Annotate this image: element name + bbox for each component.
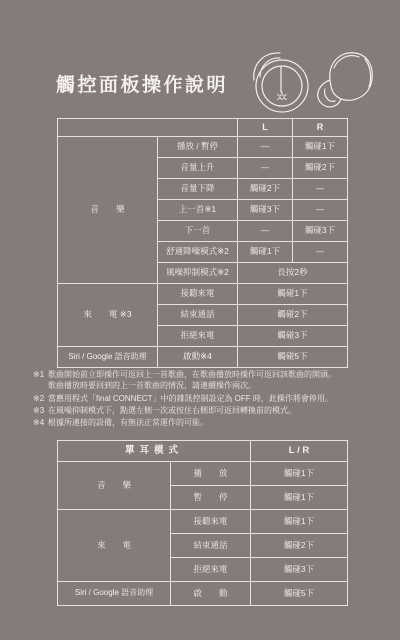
footnote-4: ※4 根據所連接的設備，有無法正常運作的可能。 [33,417,377,428]
category-music: 音 樂 [58,137,158,284]
category-call: 來 電 [58,510,171,582]
footnote-marker: ※3 [33,405,48,416]
value-l: — [238,221,293,242]
action-label: 音量上升 [158,158,238,179]
value-lr: 觸碰5下 [251,582,348,606]
value-lr: 觸碰3下 [251,558,348,582]
footnote-1: ※1 歌曲開始前立即操作可返回上一首歌曲，在歌曲播放時操作可返回該歌曲的開頭。 … [33,369,377,392]
value-lr: 觸碰1下 [251,486,348,510]
value-r: 觸碰2下 [293,158,348,179]
value-r: 觸碰3下 [293,221,348,242]
footnote-marker: ※4 [33,417,48,428]
table-row: Siri / Google 語音助理 啟動※4 觸碰5下 [58,347,348,368]
value-l: 觸碰3下 [238,200,293,221]
footnote-text: 歌曲播放時要回到的上一首歌曲的情況，請連續操作兩次。 [48,380,377,391]
table1-header-r: R [293,119,348,137]
action-label: 拒絕來電 [171,558,251,582]
right-earbud-icon [318,53,372,107]
value-lr: 長按2秒 [238,263,348,284]
action-label: 風噪抑制模式※2 [158,263,238,284]
value-l: 觸碰2下 [238,179,293,200]
action-label: 上一首※1 [158,200,238,221]
logo-mark-icon [278,92,287,100]
table-row: 單耳模式 L / R [58,441,348,462]
footnote-text: 當應用程式「final CONNECT」中的雜訊控制設定為 OFF 時，此操作將… [48,393,377,404]
footnote-2: ※2 當應用程式「final CONNECT」中的雜訊控制設定為 OFF 時，此… [33,393,377,404]
footnotes: ※1 歌曲開始前立即操作可返回上一首歌曲，在歌曲播放時操作可返回該歌曲的開頭。 … [33,369,377,430]
table-row: Siri / Google 語音助理 啟 動 觸碰5下 [58,582,348,606]
value-lr: 觸碰2下 [238,305,348,326]
value-l: — [238,137,293,158]
action-label: 啟動※4 [158,347,238,368]
value-lr: 觸碰2下 [251,534,348,558]
table-row: 音 樂 播 放 觸碰1下 [58,462,348,486]
table-row: L R [58,119,348,137]
value-r: 觸碰1下 [293,137,348,158]
value-lr: 觸碰5下 [238,347,348,368]
value-lr: 觸碰1下 [251,462,348,486]
table1-header-blank [58,119,238,137]
action-label: 音量下降 [158,179,238,200]
category-voice-assistant: Siri / Google 語音助理 [58,347,158,368]
value-r: — [293,179,348,200]
action-label: 啟 動 [171,582,251,606]
value-r: — [293,200,348,221]
action-label: 下一首 [158,221,238,242]
table-row: 來 電 接聽來電 觸碰1下 [58,510,348,534]
category-voice-assistant: Siri / Google 語音助理 [58,582,171,606]
value-lr: 觸碰3下 [238,326,348,347]
earbuds-illustration [244,42,376,116]
table-row: 音 樂 播放 / 暫停 — 觸碰1下 [58,137,348,158]
table2-header-mode: 單耳模式 [58,441,251,462]
action-label: 接聽來電 [158,284,238,305]
action-label: 結束通話 [171,534,251,558]
value-lr: 觸碰1下 [251,510,348,534]
action-label: 暫 停 [171,486,251,510]
action-label: 舒適降噪模式※2 [158,242,238,263]
value-l: — [238,158,293,179]
footnote-text: 歌曲開始前立即操作可返回上一首歌曲，在歌曲播放時操作可返回該歌曲的開頭。 [48,369,377,380]
table1-header-l: L [238,119,293,137]
action-label: 播放 / 暫停 [158,137,238,158]
single-ear-mode-table: 單耳模式 L / R 音 樂 播 放 觸碰1下 暫 停 觸碰1下 來 電 接聽來… [57,440,348,606]
footnote-marker: ※2 [33,393,48,404]
action-label: 接聽來電 [171,510,251,534]
table-row: 來 電 ※3 接聽來電 觸碰1下 [58,284,348,305]
footnote-3: ※3 在風噪抑制模式下，點選左側一次或按住右側即可返回轉換前的模式。 [33,405,377,416]
category-call: 來 電 ※3 [58,284,158,347]
value-l: 觸碰1下 [238,242,293,263]
value-lr: 觸碰1下 [238,284,348,305]
category-music: 音 樂 [58,462,171,510]
action-label: 拒絕來電 [158,326,238,347]
page-title: 觸控面板操作說明 [56,70,228,97]
touch-controls-table: L R 音 樂 播放 / 暫停 — 觸碰1下 音量上升 — 觸碰2下 音量下降 … [57,118,348,368]
value-r: — [293,242,348,263]
action-label: 播 放 [171,462,251,486]
action-label: 結束通話 [158,305,238,326]
table2-header-lr: L / R [251,441,348,462]
left-earbud-icon [254,53,308,112]
footnote-text: 在風噪抑制模式下，點選左側一次或按住右側即可返回轉換前的模式。 [48,405,377,416]
footnote-marker: ※1 [33,369,48,392]
footnote-text: 根據所連接的設備，有無法正常運作的可能。 [48,417,377,428]
